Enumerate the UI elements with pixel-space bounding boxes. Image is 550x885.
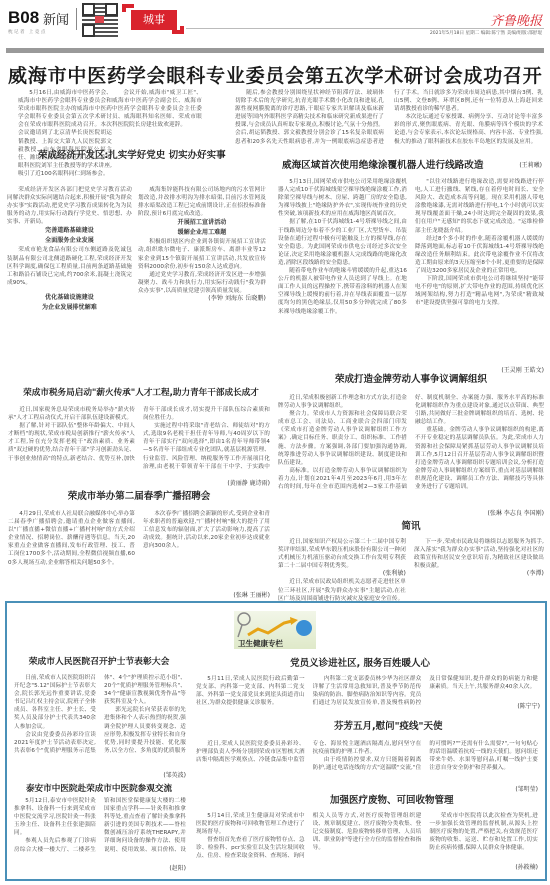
lead-col-2: 会议开始,威海市"威卫工匠"、威海市中医药学会副会长、威海市中医药学会眼科专业委… [112,89,202,129]
brief-byline-1: (张利敏) [278,570,406,578]
party-headline: 党员义诊进社区, 服务百姓暖人心 [200,658,540,670]
party-byline: (陈宁宁) [500,701,540,710]
waste-body: 5月14日,荣成卫生健康局对荣成市中医院的医疗废物和可回收物管理工作进行了现场督… [196,812,538,868]
robot-byline: (王灵刚 王皓文) [470,365,544,374]
party-body: 5月11日,荣成人民医院行政后勤第一党支部、内科第一党支部、内科第二党支部、外科… [196,675,538,709]
qr-code-icon[interactable] [82,3,118,37]
jjkfq-byline: (李钟 刘海东 岳晓鹏) [138,295,266,303]
header-bar [6,48,544,53]
recruit-body: 4月29日,荣成市人社局联合融媒体中心举办第二届春季广播招聘会,邀请重点企业做客… [8,510,270,590]
brief-byline-2: (李潭) [414,570,544,578]
magnifier-icon [234,611,316,641]
subheading: 完善道路基础建设 [7,226,132,236]
brief-headline: 简讯 [278,521,544,533]
page-number: B08 [8,8,39,28]
corner-bracket-icon [180,26,184,34]
waste-byline: (孙筱楠) [490,862,538,871]
may-headline: 芬芳五月,慰问"疫线"天使 [334,721,534,733]
tax-byline: (黄丽静 鹿诗雨) [180,478,270,487]
subheading: 优化基础设施建设 [7,293,132,303]
recruit-headline: 荣成市举办第二届春季广播招聘会 [8,491,270,503]
slogan: 枕记者 上竞点 [8,29,47,35]
jjkfq-headline: 荣成经济开发区:扎实学好党史 切实办好实事 [38,150,268,162]
brief-col-1: 近日,国家知识产权局公示第二十二届中国专利奖评审结果,荣成华东锻压机床股份有限公… [278,538,406,603]
subheading: 为企业发展排忧解难 [7,303,132,313]
jjkfq-col-1: 荣成经济开发区各部门把党史学习教育活动同解决群众实际问题结合起来,积极开展"我为… [7,186,132,313]
corner-bracket-icon [122,4,126,12]
masthead: B08 新闻 枕记者 上竞点 城事 齐鲁晚报 2021年5月18日 星期二 编辑… [0,0,550,50]
nurse-headline: 荣成市人民医院召开护士节表彰大会 [12,656,186,668]
section-name: 新闻 [43,9,69,28]
robot-headline: 威海区域首次使用绝缘涂覆机器人进行线路改造 [282,160,544,172]
newspaper-logo: 齐鲁晚报 [490,10,542,29]
tax-headline: 荣成市税务局启动"薪火传承"人才工程,助力青年干部成长成才 [10,387,272,399]
labor-byline: (张琳 李志良 李国刚) [440,508,544,517]
nurse-byline: (邹英波) [150,770,186,779]
lead-headline: 威海市中医药学会眼科专业委员会第五次学术研讨会成功召开 [8,61,542,88]
brief-col-2: 下一步,荣成市民政局将继续以志愿服务为抓手,深入落实"我为群众办实事"活动,坚持… [414,538,544,578]
dateline: 2021年5月18日 星期二 编辑:陈宁然 美编/组版:邵舒琨 [430,30,542,36]
nurse-body: 日前,荣成市人民医院组织召开纪念"5.12"国际护士节表彰大会,院长郭光远作重要… [14,674,186,762]
subheading: 全面服务企业发展 [7,236,132,246]
tax-body: 近日,国家税务总局荣成市税务局举办"薪火传承"人才工程启动仪式,开启干部队伍建设… [8,406,270,478]
health-column-logo: 卫生健康专栏 [234,611,316,649]
health-column-title: 卫生健康专栏 [238,638,283,649]
robot-body: 5月13日,国网荣成市供电公司采用绝缘涂覆机器人完成10千伏海城线架空裸导线绝缘… [278,178,544,368]
may-body: 近日,荣成人民医院党委委员孙彩玲、护理部负责人李炀分别到荣成市区暂核大酒店集中隔… [196,740,538,780]
jjkfq-col-2: 威海集锌能科技有限公司场地内的污水管网计划改造,并改排水明沟为排水暗渠,目前污水… [138,186,266,303]
divider [76,8,77,30]
taian-byline: (赵阳) [150,863,186,872]
subheading: 缓解企业用工难题 [138,228,266,238]
section-badge: 城事 [131,10,177,30]
subheading: 开展招工宣讲活动 [138,218,266,228]
recruit-byline: (张琳 王丽彬) [190,590,270,599]
waste-headline: 加强医疗废物、可回收物管理 [330,795,510,807]
lead-col-1: 5月16日,由威海市中医药学会、威海市中医药学会眼科专业委员会和荣成市眼科医院主… [18,89,112,178]
labor-headline: 荣成打造金牌劳动人事争议调解组织 [278,374,544,386]
may-byline: (邹明莹) [490,784,538,793]
taian-body: 5月12日,泰安市中医院针灸推拿科、设备科一行来到荣成市中医院交流学习,医院针灸… [14,797,186,861]
taian-headline: 泰安市中医院赴荣成市中医院参观交流 [12,783,186,795]
labor-body: 近日,荣成积极创新工作理念和方式方法,打造金牌劳动人事争议调解组织。 聚合力。荣… [278,394,544,508]
